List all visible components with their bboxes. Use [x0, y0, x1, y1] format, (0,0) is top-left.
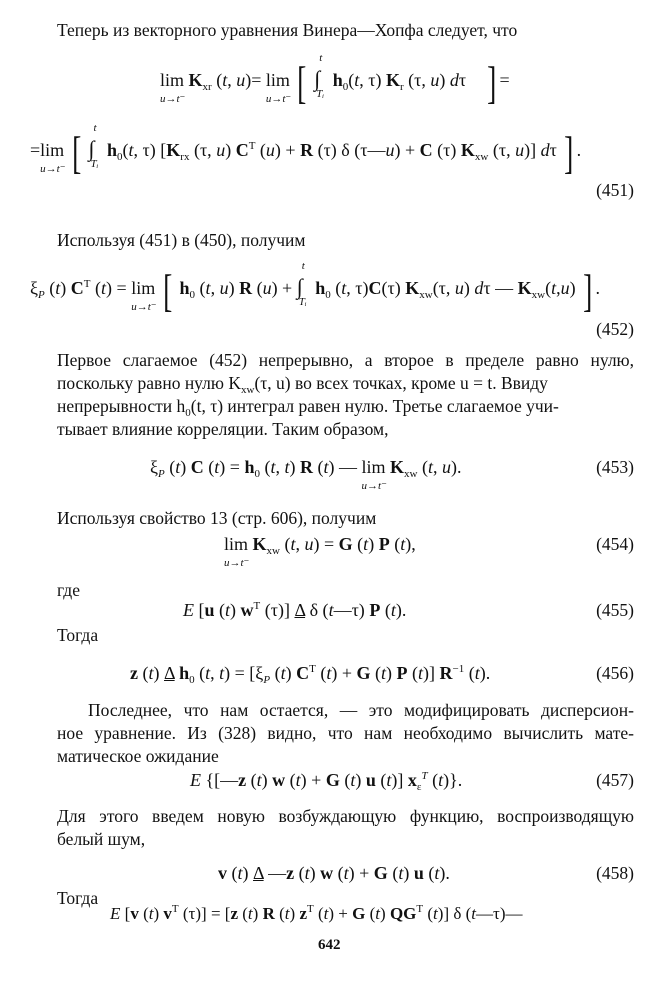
equation-456: z (t) Δ h0 (t, t) = [ξP (t) CT (t) + G (…: [130, 663, 490, 686]
paragraph-then-2: Тогда: [57, 888, 98, 909]
equation-451-line1: limu→t⁻ Kxr (t, u)= limu→t⁻ [ ∫tTᵢ h0(t,…: [160, 66, 510, 93]
equation-455: E [u (t) wT (τ)] Δ δ (t—τ) P (t).: [183, 600, 406, 621]
right-bracket: ]: [487, 73, 496, 93]
equation-454: limu→t⁻ Kxw (t, u) = G (t) P (t),: [224, 534, 416, 557]
lim-operator: lim: [266, 70, 290, 90]
paragraph-last-line1: Последнее, что нам остается, — это модиф…: [88, 700, 634, 721]
equation-451-line2: =limu→t⁻ [ ∫tTᵢ h0(t, τ) [Krx (τ, u) CT …: [30, 136, 581, 163]
equation-number-453: (453): [596, 457, 634, 478]
paragraph-last-line3: матическое ожидание: [57, 746, 219, 767]
text-fragment: непрерывности h: [57, 396, 185, 416]
right-bracket: ]: [583, 281, 592, 301]
lim-subscript: u→t⁻: [131, 300, 156, 313]
lim-subscript: u→t⁻: [266, 92, 291, 105]
lim-operator: lim: [40, 140, 64, 160]
lim-operator: lim: [160, 70, 184, 90]
text-fragment: поскольку равно нулю K: [57, 373, 241, 393]
integral-lower: Tᵢ: [91, 158, 99, 170]
integral-sign: ∫tTᵢ: [314, 66, 328, 92]
equation-459-line1: E [v (t) vT (τ)] = [z (t) R (t) zT (t) +…: [110, 903, 523, 924]
integral-lower: Tᵢ: [299, 296, 307, 308]
text-fragment: (t, τ) интеграл равен нулю. Третье слага…: [191, 396, 559, 416]
integral-sign: ∫tTᵢ: [89, 136, 103, 162]
page-number: 642: [318, 937, 341, 954]
equation-453: ξP (t) C (t) = h0 (t, t) R (t) — limu→t⁻…: [150, 457, 462, 480]
paragraph-first-term-line3: непрерывности h0(t, τ) интеграл равен ну…: [57, 396, 634, 419]
integral-upper: t: [319, 52, 322, 64]
equation-457: E {[—z (t) w (t) + G (t) u (t)] xεT (t)}…: [190, 770, 462, 793]
lim-operator: lim: [362, 457, 386, 477]
equation-number-457: (457): [596, 770, 634, 791]
text-fragment: (τ, u) во всех точках, кроме u = t. Ввид…: [254, 373, 547, 393]
equation-number-454: (454): [596, 534, 634, 555]
paragraph-excitation-line2: белый шум,: [57, 829, 145, 850]
lim-operator: lim: [131, 278, 155, 298]
paragraph-last-line2: ное уравнение. Из (328) видно, что нам н…: [57, 723, 634, 744]
paragraph-first-term-line1: Первое слагаемое (452) непрерывно, а вто…: [57, 350, 634, 371]
paragraph-then-1: Тогда: [57, 625, 98, 646]
paragraph-using-451: Используя (451) в (450), получим: [57, 230, 305, 251]
equation-number-452: (452): [596, 319, 634, 340]
integral-lower: Tᵢ: [316, 88, 324, 100]
lim-subscript: u→t⁻: [224, 556, 249, 569]
lim-subscript: u→t⁻: [40, 162, 65, 175]
left-bracket: [: [72, 143, 81, 163]
lim-subscript: u→t⁻: [362, 479, 387, 492]
equation-458: v (t) Δ —z (t) w (t) + G (t) u (t).: [218, 863, 450, 884]
equation-number-451: (451): [596, 180, 634, 201]
left-bracket: [: [297, 73, 306, 93]
lim-subscript: u→t⁻: [160, 92, 185, 105]
integral-upper: t: [302, 260, 305, 272]
paragraph-property-13: Используя свойство 13 (стр. 606), получи…: [57, 508, 376, 529]
equation-number-456: (456): [596, 663, 634, 684]
paragraph-intro: Теперь из векторного уравнения Винера—Хо…: [57, 20, 517, 41]
right-bracket: ]: [564, 143, 573, 163]
equation-number-458: (458): [596, 863, 634, 884]
left-bracket: [: [163, 281, 172, 301]
paragraph-first-term-line2: поскольку равно нулю Kxw(τ, u) во всех т…: [57, 373, 634, 396]
lim-operator: lim: [224, 534, 248, 554]
integral-sign: ∫tTᵢ: [297, 274, 311, 300]
paragraph-excitation-line1: Для этого введем новую возбуждающую функ…: [57, 806, 634, 827]
equation-452: ξP (t) CT (t) = limu→t⁻ [ h0 (t, u) R (u…: [30, 274, 600, 301]
integral-upper: t: [94, 122, 97, 134]
equation-number-455: (455): [596, 600, 634, 621]
paragraph-first-term-line4: тывает влияние корреляции. Таким образом…: [57, 419, 389, 440]
paragraph-where: где: [57, 580, 80, 601]
